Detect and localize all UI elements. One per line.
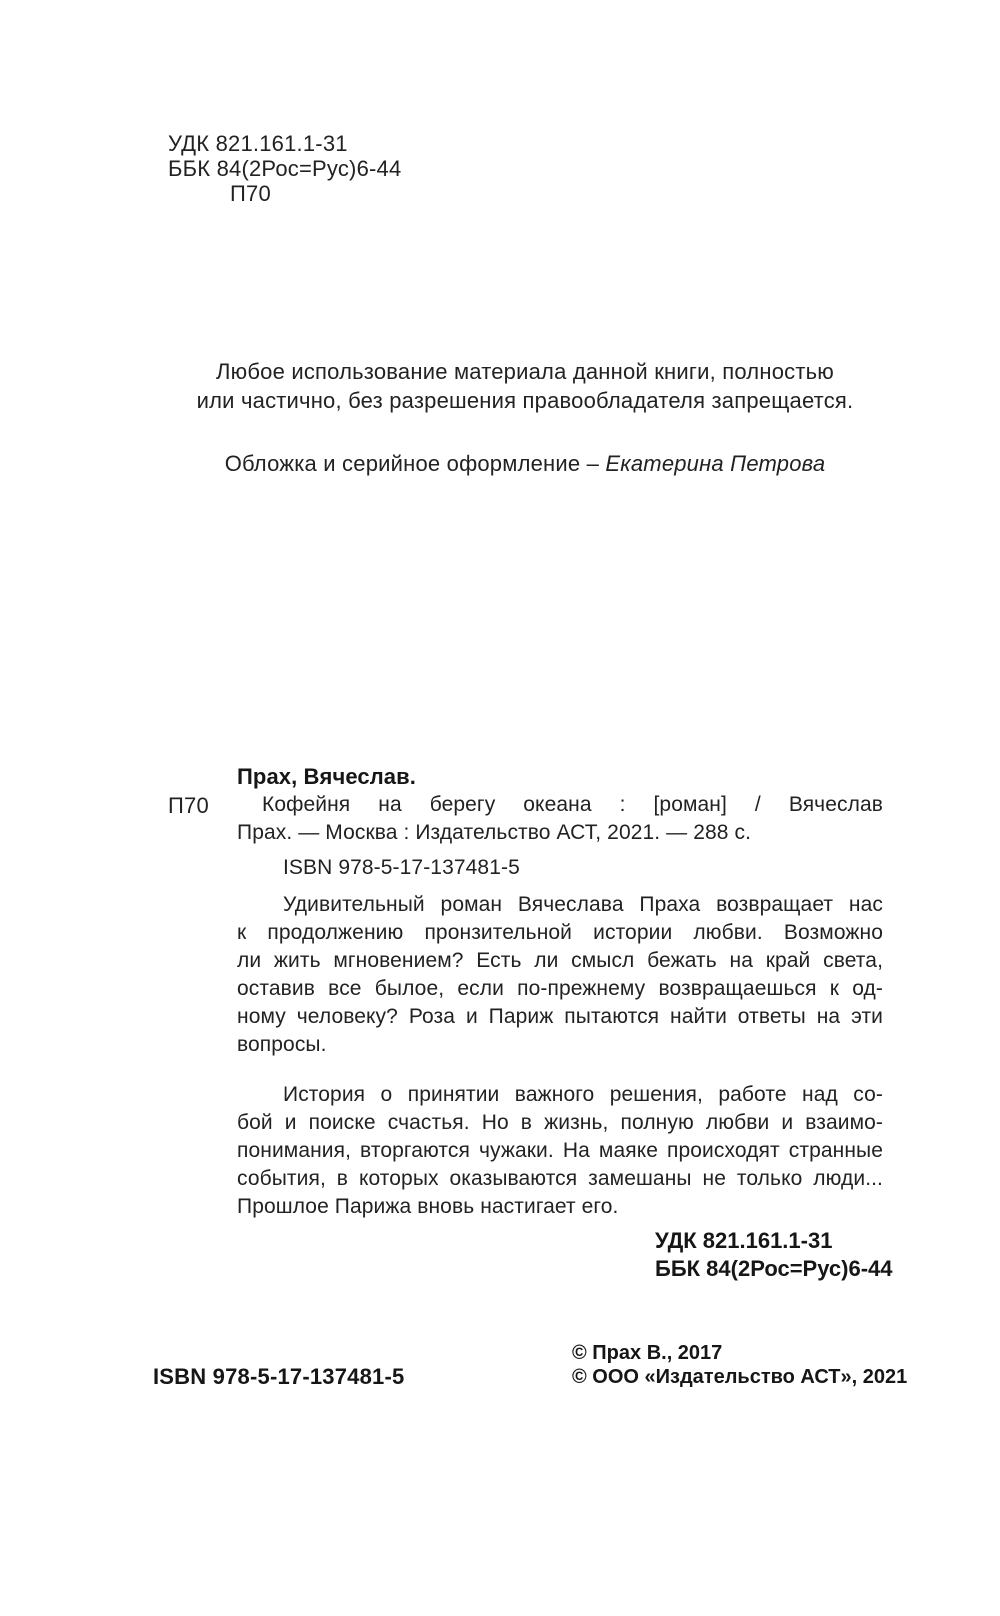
catalog-card-code: П70 — [168, 793, 209, 819]
catalog-description: Кофейня на берегу океана : [роман] / Вяч… — [237, 791, 883, 847]
annotation-paragraph-1-line: к продолжению пронзительной истории любв… — [237, 919, 883, 947]
annotation-paragraph-1-line: ному человеку? Роза и Париж пытаются най… — [237, 1003, 883, 1031]
annotation-paragraph-2-line: Прошлое Парижа вновь настигает его. — [237, 1193, 883, 1221]
rights-notice-line: или частично, без разрешения правооблада… — [125, 387, 925, 416]
udk-number-bold: УДК 821.161.1-31 — [655, 1227, 893, 1255]
designer-name: Екатерина Петрова — [605, 451, 825, 476]
footer-isbn: ISBN 978-5-17-137481-5 — [153, 1364, 404, 1390]
catalog-isbn: ISBN 978-5-17-137481-5 — [237, 854, 883, 882]
annotation-paragraph-2-line: события, в которых оказываются замешаны … — [237, 1165, 883, 1193]
catalog-author-heading: Прах, Вячеслав. — [237, 763, 883, 791]
footer-copyrights: © Прах В., 2017© ООО «Издательство АСТ»,… — [572, 1342, 907, 1389]
rights-notice-line: Любое использование материала данной кни… — [125, 358, 925, 387]
copyright-page: УДК 821.161.1-31 ББК 84(2Рос=Рус)6-44 П7… — [0, 0, 1000, 1616]
annotation-paragraph-1-line: вопросы. — [237, 1031, 883, 1059]
annotation-paragraph-1-line: оставив все былое, если по-прежнему возв… — [237, 975, 883, 1003]
udk-number: УДК 821.161.1-31 — [168, 131, 401, 156]
rights-notice: Любое использование материала данной кни… — [125, 358, 925, 415]
annotation-paragraph-2: История о принятии важного решения, рабо… — [237, 1081, 883, 1221]
catalog-description-line: Прах. — Москва : Издательство АСТ, 2021.… — [237, 819, 883, 847]
catalog-description-line: Кофейня на берегу океана : [роман] / Вяч… — [237, 791, 883, 819]
annotation-paragraph-1-line: Удивительный роман Вячеслава Праха возвр… — [237, 891, 883, 919]
design-credit: Обложка и серийное оформление – Екатерин… — [125, 451, 925, 477]
design-credit-label: Обложка и серийное оформление – — [225, 451, 606, 476]
imprint-top-block: УДК 821.161.1-31 ББК 84(2Рос=Рус)6-44 П7… — [168, 131, 401, 206]
author-sign-code: П70 — [168, 181, 401, 206]
footer-copyrights-line: © Прах В., 2017 — [572, 1342, 907, 1366]
annotation-paragraph-2-line: бой и поиске счастья. Но в жизнь, полную… — [237, 1109, 883, 1137]
annotation-paragraph-2-line: понимания, вторгаются чужаки. На маяке п… — [237, 1137, 883, 1165]
bbk-number: ББК 84(2Рос=Рус)6-44 — [168, 156, 401, 181]
bbk-number-bold: ББК 84(2Рос=Рус)6-44 — [655, 1255, 893, 1283]
annotation-paragraph-2-line: История о принятии важного решения, рабо… — [237, 1081, 883, 1109]
annotation-paragraph-1: Удивительный роман Вячеслава Праха возвр… — [237, 891, 883, 1059]
annotation-paragraph-1-line: ли жить мгновением? Есть ли смысл бежать… — [237, 947, 883, 975]
imprint-bottom-block: УДК 821.161.1-31 ББК 84(2Рос=Рус)6-44 — [655, 1227, 893, 1283]
footer-copyrights-line: © ООО «Издательство АСТ», 2021 — [572, 1366, 907, 1390]
